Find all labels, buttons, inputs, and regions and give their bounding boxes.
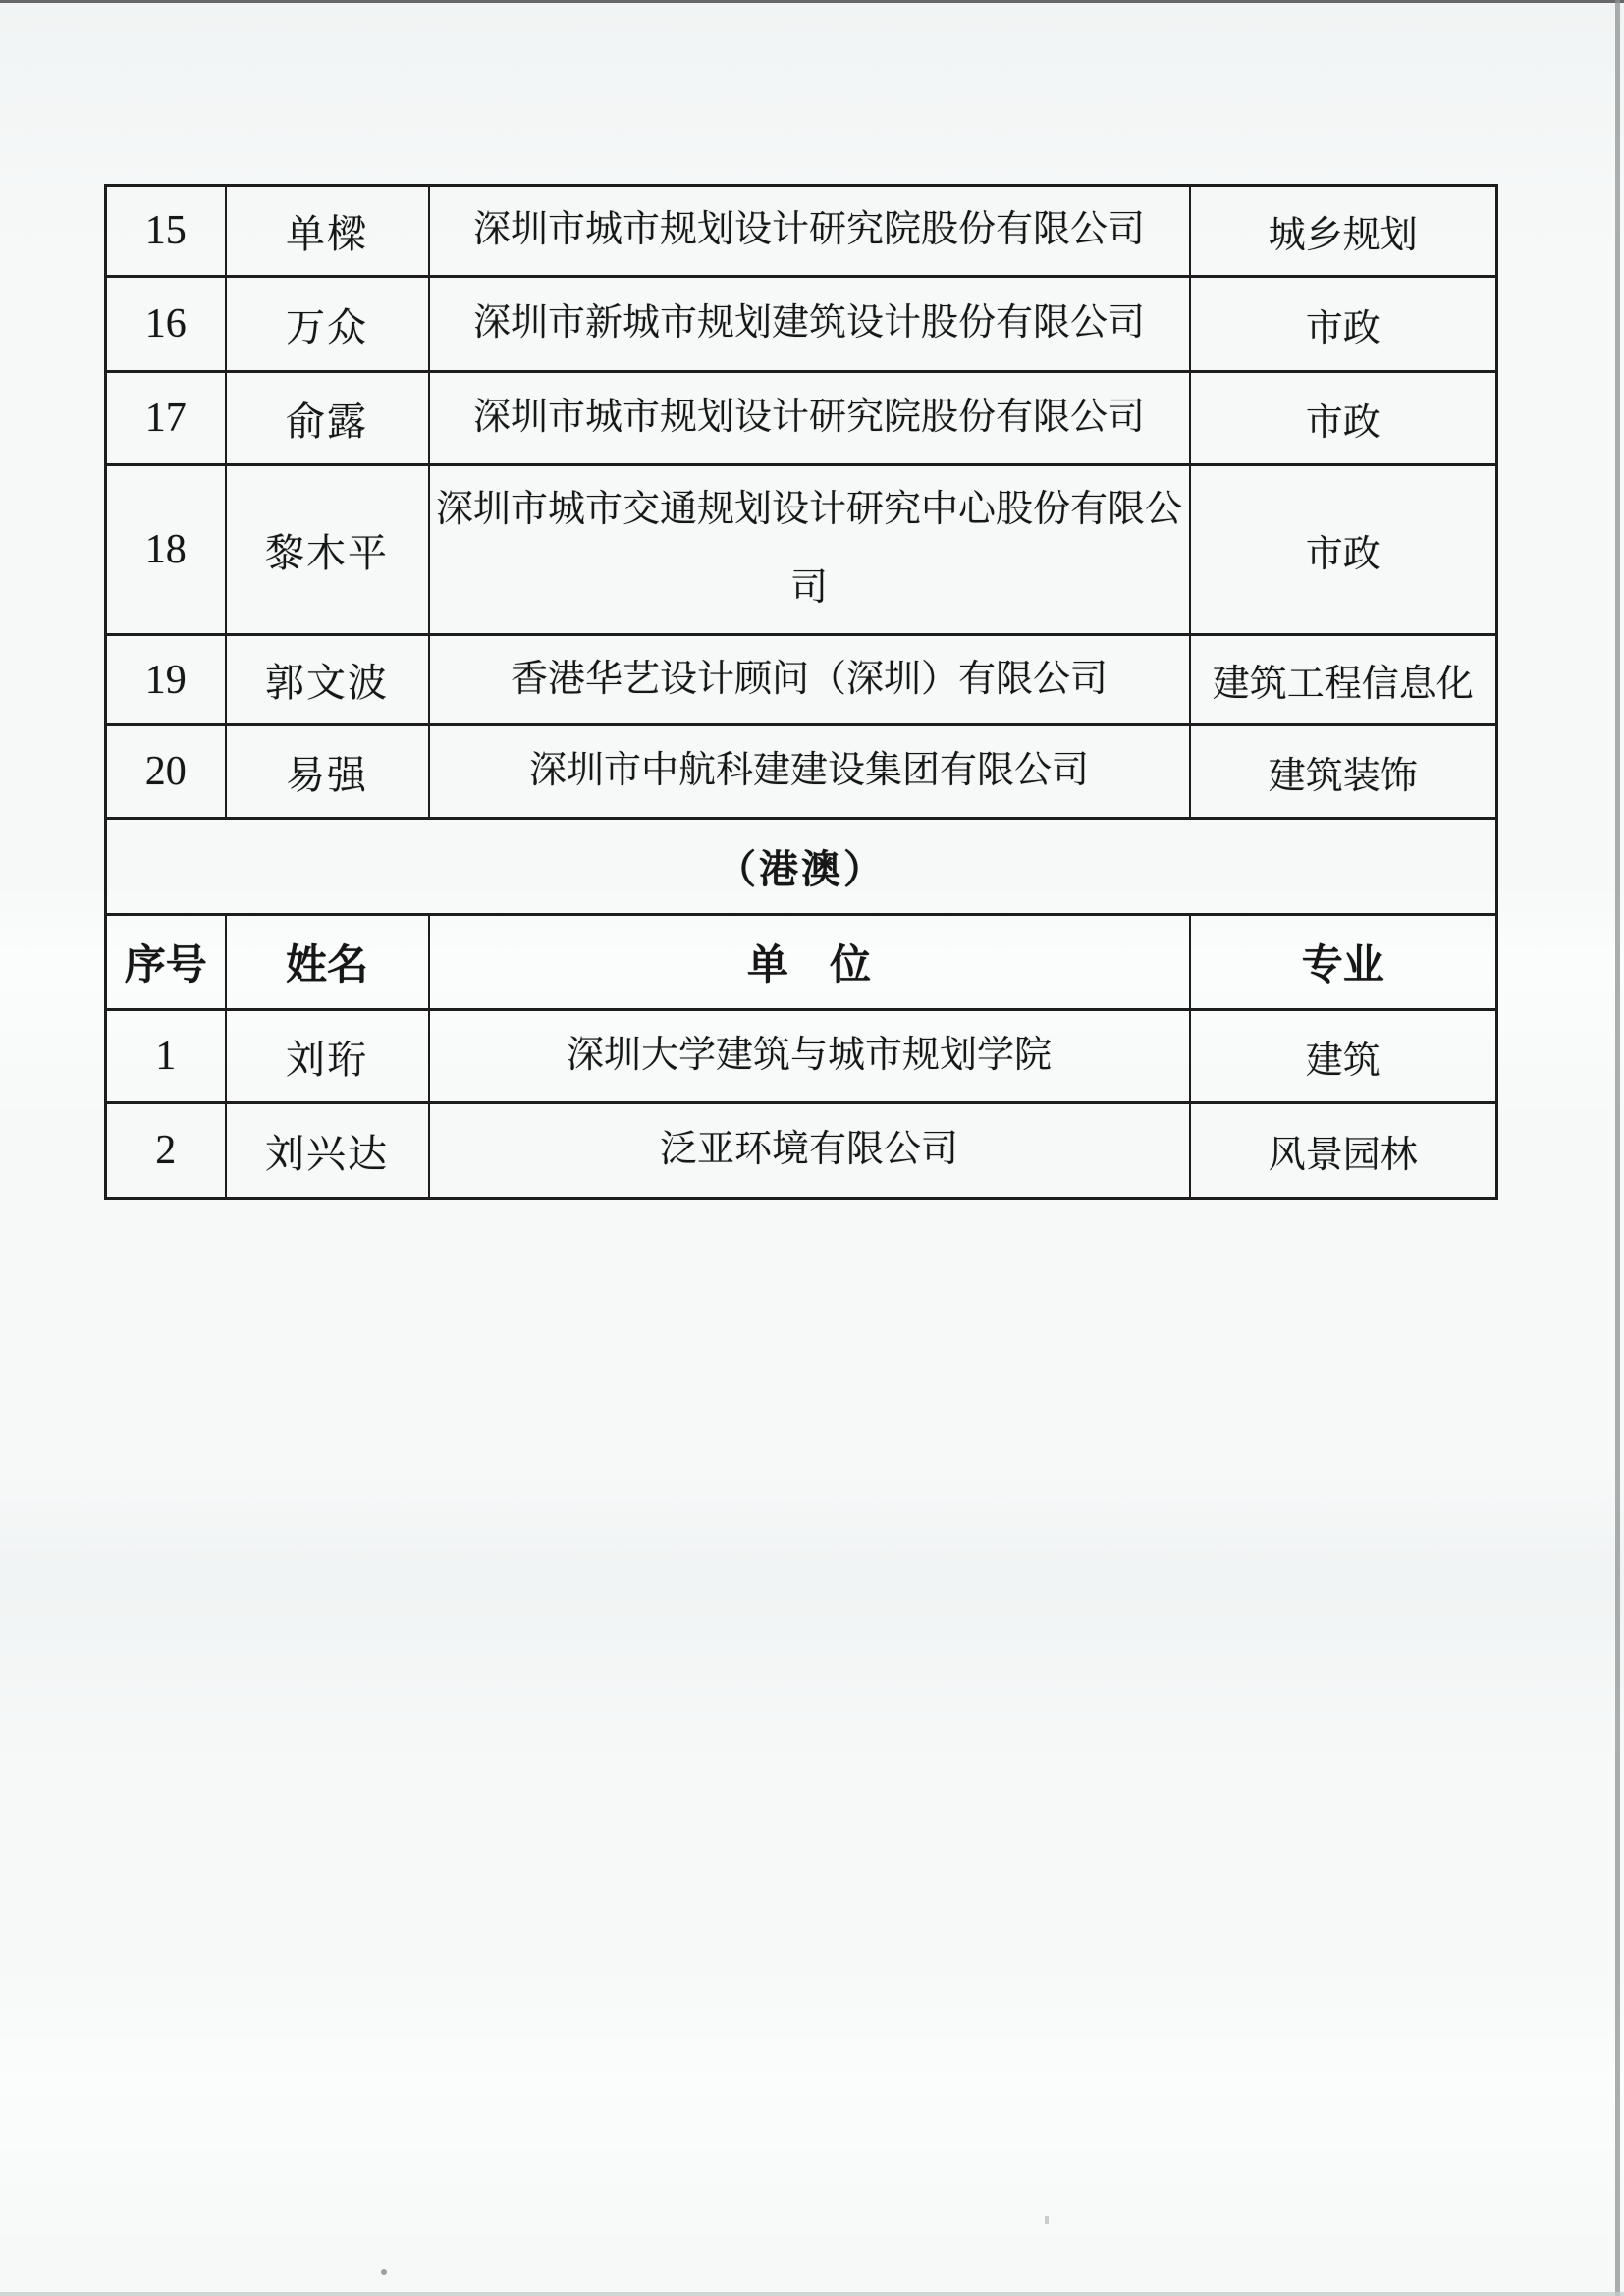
table-row: 18 黎木平 深圳市城市交通规划设计研究中心股份有限公司 市政 (106, 465, 1497, 635)
name-cell: 俞露 (226, 372, 429, 465)
table-row: 2 刘兴达 泛亚环境有限公司 风景园林 (106, 1103, 1497, 1199)
specialty-cell: 建筑 (1190, 1010, 1497, 1103)
organization-cell: 深圳大学建筑与城市规划学院 (429, 1010, 1190, 1103)
organization-cell: 深圳市城市规划设计研究院股份有限公司 (429, 372, 1190, 465)
scan-edge-top (0, 0, 1624, 3)
column-header-specialty: 专业 (1190, 915, 1497, 1010)
name-cell: 易强 (226, 725, 429, 819)
table-row: 19 郭文波 香港华艺设计顾问（深圳）有限公司 建筑工程信息化 (106, 635, 1497, 725)
roster-table: 15 单樑 深圳市城市规划设计研究院股份有限公司 城乡规划 16 万众 深圳市新… (104, 184, 1498, 1200)
scanned-page: { "document": { "mainland_rows": [ {"ind… (0, 0, 1624, 2296)
scan-speck (1045, 2216, 1049, 2224)
column-header-organization: 单 位 (429, 915, 1190, 1010)
index-cell: 2 (106, 1103, 226, 1199)
name-cell: 郭文波 (226, 635, 429, 725)
scan-edge-right (1615, 0, 1620, 2296)
section-header-label: （港澳） (106, 819, 1497, 915)
name-cell: 万众 (226, 277, 429, 372)
organization-cell: 深圳市新城市规划建筑设计股份有限公司 (429, 277, 1190, 372)
specialty-cell: 建筑工程信息化 (1190, 635, 1497, 725)
table-row: 16 万众 深圳市新城市规划建筑设计股份有限公司 市政 (106, 277, 1497, 372)
name-cell: 刘珩 (226, 1010, 429, 1103)
section-header-row: （港澳） (106, 819, 1497, 915)
header-row: 序号 姓名 单 位 专业 (106, 915, 1497, 1010)
name-cell: 刘兴达 (226, 1103, 429, 1199)
specialty-cell: 风景园林 (1190, 1103, 1497, 1199)
name-cell: 单樑 (226, 186, 429, 277)
index-cell: 18 (106, 465, 226, 635)
organization-cell: 深圳市城市交通规划设计研究中心股份有限公司 (429, 465, 1190, 635)
index-cell: 17 (106, 372, 226, 465)
organization-cell: 深圳市城市规划设计研究院股份有限公司 (429, 186, 1190, 277)
table-row: 15 单樑 深圳市城市规划设计研究院股份有限公司 城乡规划 (106, 186, 1497, 277)
organization-cell: 泛亚环境有限公司 (429, 1103, 1190, 1199)
index-cell: 1 (106, 1010, 226, 1103)
column-header-index: 序号 (106, 915, 226, 1010)
index-cell: 20 (106, 725, 226, 819)
column-header-name: 姓名 (226, 915, 429, 1010)
specialty-cell: 建筑装饰 (1190, 725, 1497, 819)
organization-cell: 香港华艺设计顾问（深圳）有限公司 (429, 635, 1190, 725)
table-row: 20 易强 深圳市中航科建建设集团有限公司 建筑装饰 (106, 725, 1497, 819)
name-cell: 黎木平 (226, 465, 429, 635)
organization-cell: 深圳市中航科建建设集团有限公司 (429, 725, 1190, 819)
scan-edge-bottom (0, 2292, 1624, 2296)
specialty-cell: 市政 (1190, 465, 1497, 635)
specialty-cell: 城乡规划 (1190, 186, 1497, 277)
scan-speck (381, 2269, 387, 2275)
index-cell: 15 (106, 186, 226, 277)
table-row: 1 刘珩 深圳大学建筑与城市规划学院 建筑 (106, 1010, 1497, 1103)
index-cell: 19 (106, 635, 226, 725)
specialty-cell: 市政 (1190, 277, 1497, 372)
table-row: 17 俞露 深圳市城市规划设计研究院股份有限公司 市政 (106, 372, 1497, 465)
specialty-cell: 市政 (1190, 372, 1497, 465)
index-cell: 16 (106, 277, 226, 372)
